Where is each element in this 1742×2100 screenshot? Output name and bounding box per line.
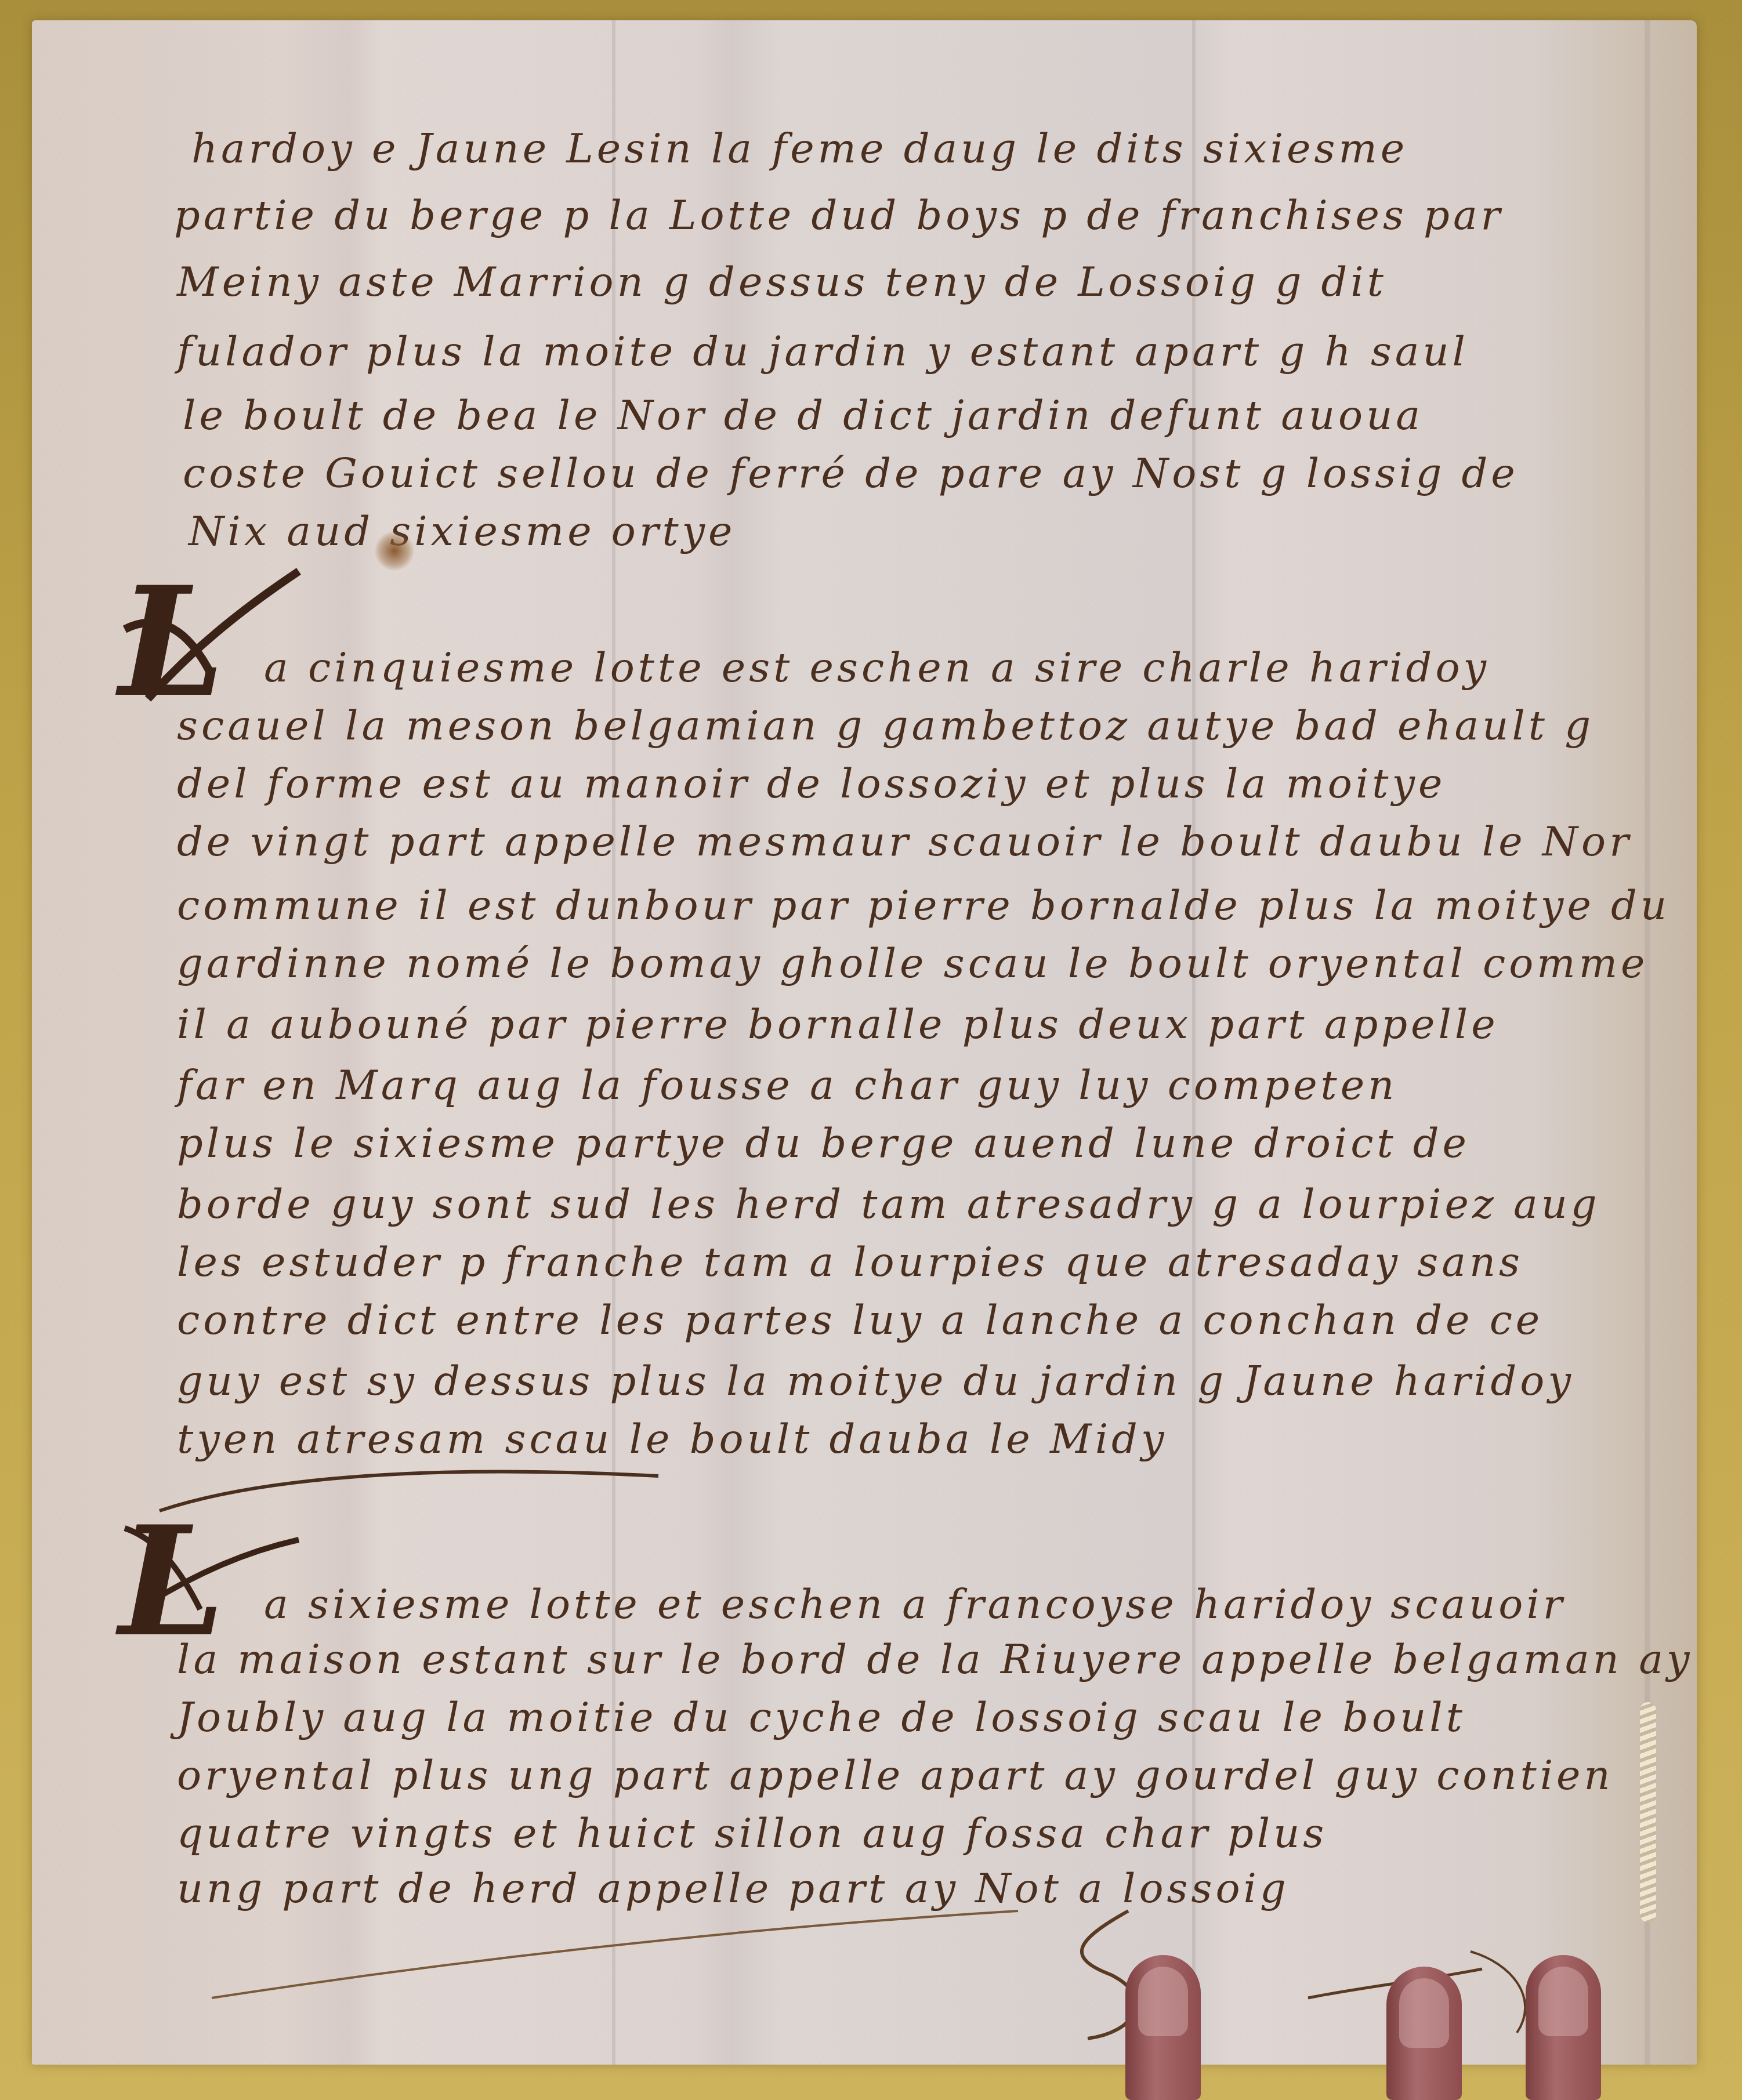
- text-line: oryental plus ung part appelle apart ay …: [177, 1751, 1614, 1799]
- binding-string: [1640, 1702, 1656, 1923]
- text-line: contre dict entre les partes luy a lanch…: [177, 1296, 1543, 1344]
- parchment-sheet: hardoy e Jaune Lesin la feme daug le dit…: [32, 20, 1697, 2065]
- text-line: plus le sixiesme partye du berge auend l…: [177, 1119, 1470, 1167]
- text-line: il a aubouné par pierre bornalle plus de…: [177, 1000, 1499, 1048]
- text-line: de vingt part appelle mesmaur scauoir le…: [177, 818, 1632, 865]
- text-line: commune il est dunbour par pierre bornal…: [177, 882, 1670, 929]
- text-line: fulador plus la moite du jardin y estant…: [177, 328, 1469, 375]
- text-line: borde guy sont sud les herd tam atresadr…: [177, 1180, 1600, 1228]
- text-line: scauel la meson belgamian g gambettoz au…: [177, 702, 1594, 749]
- text-line: a sixiesme lotte et eschen a francoyse h…: [264, 1580, 1566, 1628]
- text-line: Nix aud sixiesme ortye: [189, 507, 736, 555]
- finger: [1526, 1955, 1601, 2100]
- text-line: quatre vingts et huict sillon aug fossa …: [177, 1809, 1327, 1857]
- text-line: coste Gouict sellou de ferré de pare ay …: [183, 449, 1519, 497]
- text-line: del forme est au manoir de lossoziy et p…: [177, 760, 1446, 807]
- finger: [1386, 1967, 1462, 2100]
- text-line: le boult de bea le Nor de d dict jardin …: [183, 391, 1424, 439]
- text-line: tyen atresam scau le boult dauba le Midy: [177, 1415, 1167, 1463]
- text-line: guy est sy dessus plus la moitye du jard…: [177, 1357, 1574, 1405]
- text-line: les estuder p franche tam a lourpies que…: [177, 1238, 1523, 1286]
- text-line: Meiny aste Marrion g dessus teny de Loss…: [177, 258, 1387, 306]
- text-line: a cinquiesme lotte est eschen a sire cha…: [264, 644, 1490, 691]
- text-line: far en Marq aug la fousse a char guy luy…: [177, 1061, 1397, 1109]
- text-line: partie du berge p la Lotte dud boys p de…: [174, 191, 1504, 239]
- text-line: la maison estant sur le bord de la Riuye…: [177, 1635, 1693, 1683]
- text-line: Joubly aug la moitie du cyche de lossoig…: [177, 1693, 1466, 1741]
- text-line: hardoy e Jaune Lesin la feme daug le dit…: [191, 125, 1408, 172]
- ink-blot: [374, 531, 415, 571]
- finger: [1125, 1955, 1201, 2100]
- text-line: gardinne nomé le bomay gholle scau le bo…: [177, 940, 1649, 987]
